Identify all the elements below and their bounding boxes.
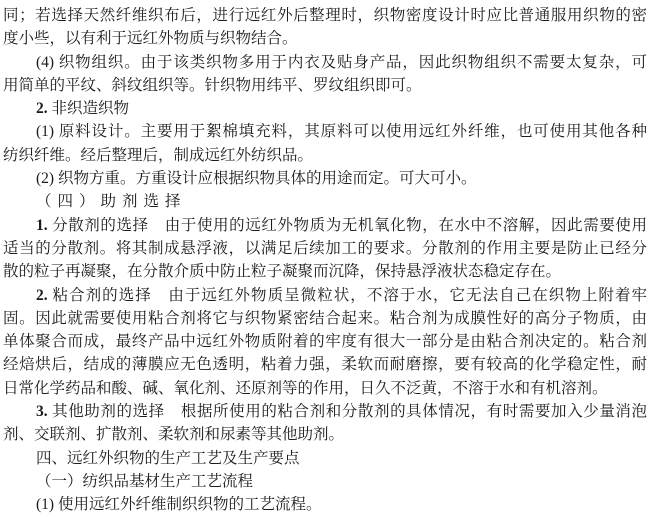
text-line: 纺织纤维。经后整理后，制成远红外纺织品。 <box>3 144 647 167</box>
line-text: 单体聚合而成，最终产品中远红外物质附着的牢度有很大一部分是由粘合剂决定的。粘合剂 <box>3 333 647 350</box>
text-line: 1. 分散剂的选择 由于使用的远红外物质为无机氧化物，在水中不溶解，因此需要使用 <box>3 214 647 237</box>
line-text: 织物组织。由于该类织物多用于内衣及贴身产品，因此织物组织不需要太复杂，可 <box>59 54 647 71</box>
text-line: 同；若选择天然纤维织布后，进行远红外后整理时，织物密度设计时应比普通服用织物的密 <box>3 4 647 27</box>
line-text: 纺织纤维。经后整理后，制成远红外纺织品。 <box>3 147 313 164</box>
line-text: 同；若选择天然纤维织布后，进行远红外后整理时，织物密度设计时应比普通服用织物的密 <box>3 7 647 24</box>
text-line: 固。因此就需要使用粘合剂将它与织物紧密结合起来。粘合剂为成膜性好的高分子物质，由 <box>3 307 647 330</box>
text-line: 3. 其他助剂的选择 根据所使用的粘合剂和分散剂的具体情况，有时需要加入少量消泡 <box>3 400 647 423</box>
text-line: 经焙烘后，结成的薄膜应无色透明，粘着力强，柔软而耐磨擦，要有较高的化学稳定性，耐 <box>3 353 647 376</box>
document-page: 同；若选择天然纤维织布后，进行远红外后整理时，织物密度设计时应比普通服用织物的密… <box>0 0 650 518</box>
line-text: 分散剂的选择 由于使用的远红外物质为无机氧化物，在水中不溶解，因此需要使用 <box>52 217 647 234</box>
list-item-number: (2) <box>36 170 58 187</box>
text-line: 2. 粘合剂的选择 由于远红外物质呈微粒状，不溶于水，它无法自己在织物上附着牢 <box>3 284 647 307</box>
text-line: (2) 织物方重。方重设计应根据织物具体的用途而定。可大可小。 <box>3 167 647 190</box>
line-text: 经焙烘后，结成的薄膜应无色透明，粘着力强，柔软而耐磨擦，要有较高的化学稳定性，耐 <box>3 356 647 373</box>
line-text: 度小些，以有利于远红外物质与织物结合。 <box>3 30 298 47</box>
line-text: 日常化学药品和酸、碱、氧化剂、还原剂等的作用，日久不泛黄，不溶于水和有机溶剂。 <box>3 380 608 397</box>
text-line: 散的粒子再凝聚，在分散介质中防止粒子凝聚而沉降，保持悬浮液状态稳定存在。 <box>3 260 647 283</box>
section-number: 2. <box>36 100 52 117</box>
line-text: 粘合剂的选择 由于远红外物质呈微粒状，不溶于水，它无法自己在织物上附着牢 <box>53 287 647 304</box>
line-text: 织物方重。方重设计应根据织物具体的用途而定。可大可小。 <box>58 170 477 187</box>
section-number: 1. <box>36 217 52 234</box>
section-heading: 2. 非织造织物 <box>3 97 647 120</box>
line-text: 使用远红外纤维制织织物的工艺流程。 <box>58 496 322 513</box>
section-heading: （一）纺织品基材生产工艺流程 <box>3 470 647 493</box>
section-number: 3. <box>36 403 52 420</box>
line-text: （四）助剂选择 <box>36 193 187 210</box>
line-text: 四、远红外织物的生产工艺及生产要点 <box>36 450 300 467</box>
list-item-number: (1) <box>36 496 58 513</box>
line-text: 其他助剂的选择 根据所使用的粘合剂和分散剂的具体情况，有时需要加入少量消泡 <box>52 403 647 420</box>
line-text: 散的粒子再凝聚，在分散介质中防止粒子凝聚而沉降，保持悬浮液状态稳定存在。 <box>3 263 561 280</box>
text-line: 单体聚合而成，最终产品中远红外物质附着的牢度有很大一部分是由粘合剂决定的。粘合剂 <box>3 330 647 353</box>
text-line: 日常化学药品和酸、碱、氧化剂、还原剂等的作用，日久不泛黄，不溶于水和有机溶剂。 <box>3 377 647 400</box>
line-text: 适当的分散剂。将其制成悬浮液，以满足后续加工的要求。分散剂的作用主要是防止已经分 <box>3 240 647 257</box>
section-number: 2. <box>36 287 53 304</box>
line-text: 非织造织物 <box>52 100 130 117</box>
list-item-number: (1) <box>36 123 59 140</box>
section-heading: （四）助剂选择 <box>3 190 647 213</box>
line-text: 用简单的平纹、斜纹组织等。针织物用纬平、罗纹组织即可。 <box>3 77 422 94</box>
text-line: (4) 织物组织。由于该类织物多用于内衣及贴身产品，因此织物组织不需要太复杂，可 <box>3 51 647 74</box>
list-item-number: (4) <box>36 54 59 71</box>
line-text: 原料设计。主要用于絮棉填充料，其原料可以使用远红外纤维，也可使用其他各种 <box>59 123 647 140</box>
text-line: 度小些，以有利于远红外物质与织物结合。 <box>3 27 647 50</box>
line-text: （一）纺织品基材生产工艺流程 <box>36 473 253 490</box>
line-text: 剂、交联剂、扩散剂、柔软剂和尿素等其他助剂。 <box>3 426 344 443</box>
text-line: 剂、交联剂、扩散剂、柔软剂和尿素等其他助剂。 <box>3 423 647 446</box>
text-line: 适当的分散剂。将其制成悬浮液，以满足后续加工的要求。分散剂的作用主要是防止已经分 <box>3 237 647 260</box>
text-line: 用简单的平纹、斜纹组织等。针织物用纬平、罗纹组织即可。 <box>3 74 647 97</box>
section-heading: 四、远红外织物的生产工艺及生产要点 <box>3 447 647 470</box>
line-text: 固。因此就需要使用粘合剂将它与织物紧密结合起来。粘合剂为成膜性好的高分子物质，由 <box>3 310 647 327</box>
text-line: (1) 使用远红外纤维制织织物的工艺流程。 <box>3 493 647 516</box>
text-line: (1) 原料设计。主要用于絮棉填充料，其原料可以使用远红外纤维，也可使用其他各种 <box>3 120 647 143</box>
